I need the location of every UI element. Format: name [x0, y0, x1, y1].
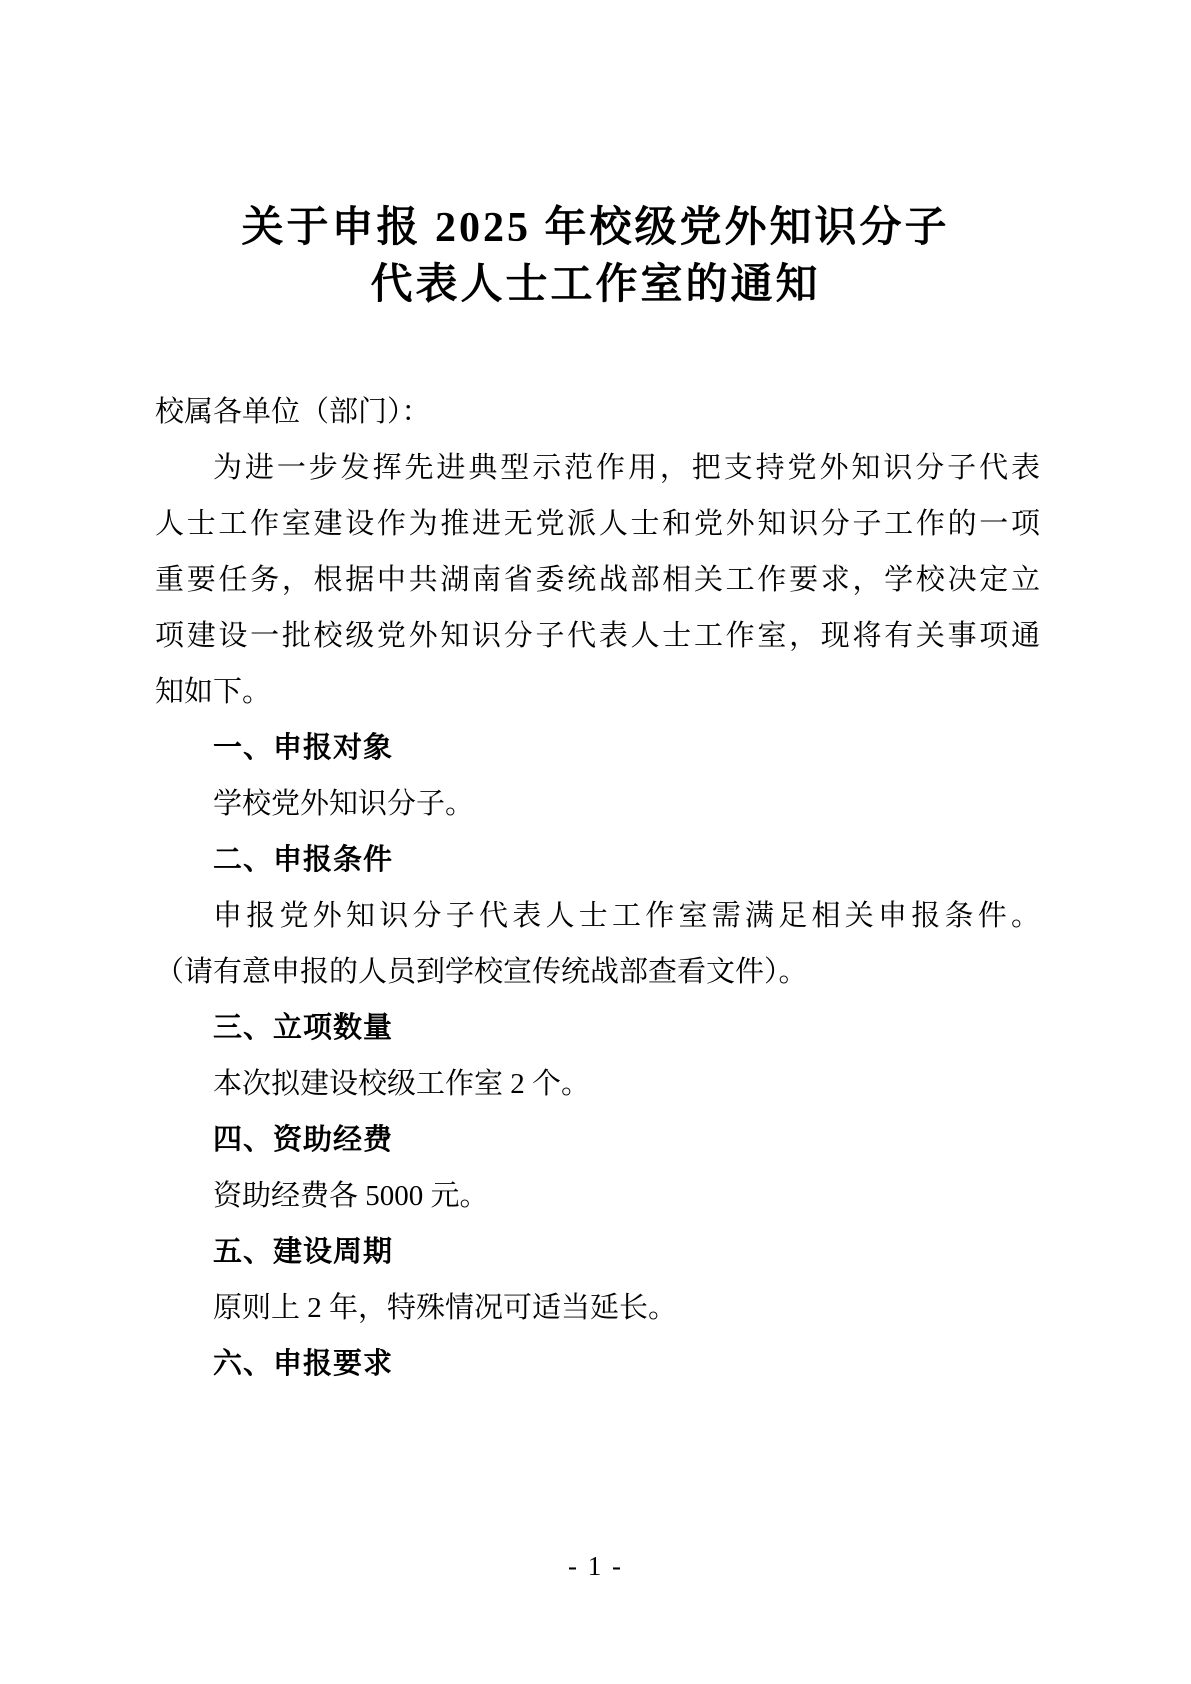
- section-heading-5: 五、建设周期: [155, 1224, 1040, 1280]
- paragraph-line: （请有意申报的人员到学校宣传统战部查看文件）。: [155, 944, 1040, 1000]
- section-heading-1: 一、申报对象: [155, 720, 1040, 776]
- document-page: 关于申报 2025 年校级党外知识分子 代表人士工作室的通知 校属各单位（部门）…: [0, 0, 1191, 1684]
- paragraph-line: 为进一步发挥先进典型示范作用，把支持党外知识分子代表: [155, 440, 1040, 496]
- section-heading-6: 六、申报要求: [155, 1336, 1040, 1392]
- document-title-line-1: 关于申报 2025 年校级党外知识分子: [0, 200, 1191, 257]
- document-body: 校属各单位（部门）： 为进一步发挥先进典型示范作用，把支持党外知识分子代表 人士…: [155, 384, 1040, 1392]
- paragraph-line: 学校党外知识分子。: [155, 776, 1040, 832]
- section-heading-3: 三、立项数量: [155, 1000, 1040, 1056]
- document-title: 关于申报 2025 年校级党外知识分子 代表人士工作室的通知: [0, 0, 1191, 314]
- paragraph-line: 申报党外知识分子代表人士工作室需满足相关申报条件。: [155, 888, 1040, 944]
- salutation: 校属各单位（部门）：: [155, 384, 1040, 440]
- paragraph-line: 资助经费各 5000 元。: [155, 1168, 1040, 1224]
- paragraph-line: 重要任务，根据中共湖南省委统战部相关工作要求，学校决定立: [155, 552, 1040, 608]
- paragraph-line: 人士工作室建设作为推进无党派人士和党外知识分子工作的一项: [155, 496, 1040, 552]
- paragraph-line: 本次拟建设校级工作室 2 个。: [155, 1056, 1040, 1112]
- paragraph-line: 项建设一批校级党外知识分子代表人士工作室，现将有关事项通: [155, 608, 1040, 664]
- section-heading-2: 二、申报条件: [155, 832, 1040, 888]
- paragraph-line: 原则上 2 年，特殊情况可适当延长。: [155, 1280, 1040, 1336]
- paragraph-line: 知如下。: [155, 664, 1040, 720]
- section-heading-4: 四、资助经费: [155, 1112, 1040, 1168]
- page-number: - 1 -: [0, 1550, 1191, 1582]
- document-title-line-2: 代表人士工作室的通知: [0, 257, 1191, 314]
